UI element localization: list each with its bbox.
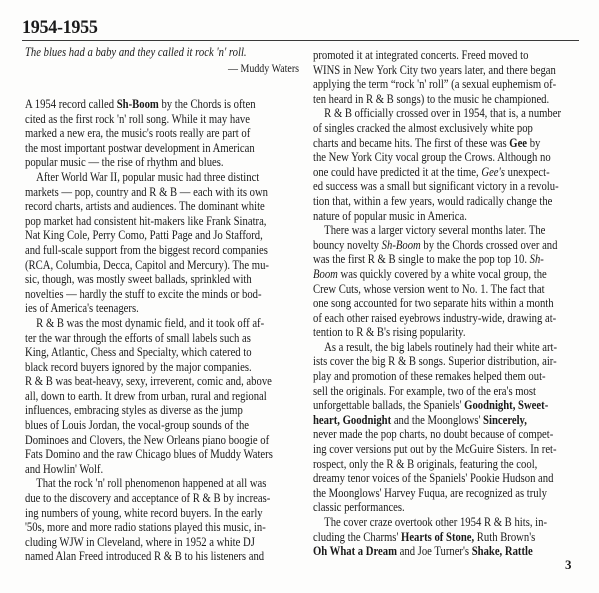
text-segment: influences, embracing styles as diverse … xyxy=(25,403,243,417)
text-line: As a result, the big labels routinely ha… xyxy=(313,340,541,355)
text-line: Oh What a Dream and Joe Turner's Shake, … xyxy=(313,544,541,559)
text-segment: and the Moonglows' xyxy=(391,413,483,427)
song-title: Hearts of Stone, xyxy=(401,530,474,544)
text-segment: tion that, within a few years, would rad… xyxy=(313,194,552,208)
text-segment: charts and became hits. The first of the… xyxy=(313,136,509,150)
text-segment: marked a new era, the music's roots real… xyxy=(25,126,250,140)
text-segment: popular music — the rise of rhythm and b… xyxy=(25,155,224,169)
page-number: 3 xyxy=(565,557,572,573)
text-line: play and promotion of these remakes help… xyxy=(313,369,541,384)
text-line: blues of Louis Jordan, the vocal-group s… xyxy=(25,418,249,433)
text-segment: A 1954 record called xyxy=(25,97,117,111)
text-line: There was a larger victory several month… xyxy=(313,223,541,238)
text-segment: King, Atlantic, Chess and Specialty, whi… xyxy=(25,345,252,359)
text-line: sell the originals. For example, two of … xyxy=(313,384,541,399)
text-line: dreamy tenor voices of the Spaniels' Poo… xyxy=(313,471,541,486)
chapter-title: 1954-1955 xyxy=(22,17,98,39)
text-line: ten heard in R & B songs) to the music h… xyxy=(313,92,541,107)
text-segment: unexpect- xyxy=(505,165,550,179)
text-segment: and Joe Turner's xyxy=(397,544,472,558)
text-line: of each other raised eyebrows industry-w… xyxy=(313,311,541,326)
text-segment: (RCA, Columbia, Decca, Capitol and Mercu… xyxy=(25,258,269,272)
text-segment: Crew Cuts, whose version went to No. 1. … xyxy=(313,282,545,296)
text-segment: Nat King Cole, Perry Como, Patti Page an… xyxy=(25,228,263,242)
text-segment: the Moonglows' Harvey Fuqua, are recogni… xyxy=(313,486,547,500)
text-line: That the rock 'n' roll phenomenon happen… xyxy=(25,476,249,491)
text-segment: That the rock 'n' roll phenomenon happen… xyxy=(36,476,266,490)
header-rule xyxy=(22,40,579,41)
text-line: charts and became hits. The first of the… xyxy=(313,136,541,151)
text-segment: never made the pop charts, no doubt beca… xyxy=(313,427,553,441)
book-page: 1954-1955 The blues had a baby and they … xyxy=(0,0,599,593)
column-text: promoted it at integrated concerts. Free… xyxy=(313,48,541,559)
text-line: all, down to earth. It drew from urban, … xyxy=(25,389,249,404)
text-segment: rospect, only the R & B originals, featu… xyxy=(313,457,537,471)
text-segment: Fats Domino and the raw Chicago blues of… xyxy=(25,447,273,461)
text-segment: cited as the first rock 'n' roll song. W… xyxy=(25,112,250,126)
text-segment: sell the originals. For example, two of … xyxy=(313,384,536,398)
text-segment: of each other raised eyebrows industry-w… xyxy=(313,311,556,325)
text-line: R & B was beat-heavy, sexy, irreverent, … xyxy=(25,374,249,389)
text-line: ing numbers of young, white record buyer… xyxy=(25,506,249,521)
song-title: Oh What a Dream xyxy=(313,544,397,558)
text-segment: Ruth Brown's xyxy=(474,530,535,544)
text-segment: applying the term “rock 'n' roll” (a sex… xyxy=(313,77,556,91)
epigraph-attribution: — Muddy Waters xyxy=(228,61,299,76)
text-segment: R & B was beat-heavy, sexy, irreverent, … xyxy=(25,374,272,388)
text-segment: by xyxy=(527,136,540,150)
text-segment: novelties — hardly the stuff to excite t… xyxy=(25,287,262,301)
left-column: A 1954 record called Sh-Boom by the Chor… xyxy=(25,97,285,564)
text-segment: bouncy novelty xyxy=(313,238,382,252)
text-segment: WINS in New York City two years later, a… xyxy=(313,63,556,77)
text-segment: was quickly covered by a white vocal gro… xyxy=(338,267,547,281)
text-segment: unforgettable ballads, the Spaniels' xyxy=(313,398,464,412)
text-line: sic, though, was mostly sweet ballads, s… xyxy=(25,272,249,287)
text-segment: was the first R & B single to make the p… xyxy=(313,252,530,266)
text-line: WINS in New York City two years later, a… xyxy=(313,63,541,78)
text-segment: ing numbers of young, white record buyer… xyxy=(25,506,263,520)
text-segment: promoted it at integrated concerts. Free… xyxy=(313,48,528,62)
text-segment: ing cover versions put out by the McGuir… xyxy=(313,442,557,456)
text-segment: of singles cracked the almost exclusivel… xyxy=(313,121,533,135)
text-segment: one song accounted for two separate hits… xyxy=(313,296,554,310)
song-title: Sincerely, xyxy=(483,413,527,427)
text-segment: and full-scale support from the biggest … xyxy=(25,243,268,257)
text-line: the New York City vocal group the Crows.… xyxy=(313,150,541,165)
text-line: tion that, within a few years, would rad… xyxy=(313,194,541,209)
text-line: one could have predicted it at the time,… xyxy=(313,165,541,180)
text-segment: black record buyers ignored by the major… xyxy=(25,360,252,374)
text-line: the most important postwar development i… xyxy=(25,141,249,156)
song-title: heart, Goodnight xyxy=(313,413,391,427)
text-line: record charts, artists and audiences. Th… xyxy=(25,199,249,214)
text-line: never made the pop charts, no doubt beca… xyxy=(313,427,541,442)
text-segment: As a result, the big labels routinely ha… xyxy=(324,340,557,354)
text-line: ists cover the big R & B songs. Superior… xyxy=(313,354,541,369)
text-segment: ed success was a small but significant v… xyxy=(313,179,559,193)
italic-text: Sh-Boom xyxy=(382,238,421,252)
text-line: popular music — the rise of rhythm and b… xyxy=(25,155,249,170)
text-line: ter the war through the efforts of small… xyxy=(25,331,249,346)
text-line: rospect, only the R & B originals, featu… xyxy=(313,457,541,472)
text-segment: the New York City vocal group the Crows.… xyxy=(313,150,551,164)
text-line: Crew Cuts, whose version went to No. 1. … xyxy=(313,282,541,297)
text-line: was the first R & B single to make the p… xyxy=(313,252,541,267)
text-line: cluding the Charms' Hearts of Stone, Rut… xyxy=(313,530,541,545)
text-segment: blues of Louis Jordan, the vocal-group s… xyxy=(25,418,249,432)
text-line: due to the discovery and acceptance of R… xyxy=(25,491,249,506)
text-line: novelties — hardly the stuff to excite t… xyxy=(25,287,249,302)
song-title: Goodnight, Sweet- xyxy=(464,398,548,412)
text-segment: ists cover the big R & B songs. Superior… xyxy=(313,354,557,368)
text-segment: There was a larger victory several month… xyxy=(324,223,545,237)
text-segment: record charts, artists and audiences. Th… xyxy=(25,199,265,213)
text-line: Boom was quickly covered by a white voca… xyxy=(313,267,541,282)
text-line: ing cover versions put out by the McGuir… xyxy=(313,442,541,457)
text-segment: by the Chords is often xyxy=(159,97,256,111)
song-title: Shake, Rattle xyxy=(472,544,533,558)
text-line: markets — pop, country and R & B — each … xyxy=(25,185,249,200)
text-segment: named Alan Freed introduced R & B to his… xyxy=(25,549,264,563)
text-line: '50s, more and more radio stations playe… xyxy=(25,520,249,535)
text-segment: cluding WJW in Cleveland, where in 1952 … xyxy=(25,535,255,549)
text-line: ed success was a small but significant v… xyxy=(313,179,541,194)
text-line: ies of America's teenagers. xyxy=(25,301,249,316)
text-segment: dreamy tenor voices of the Spaniels' Poo… xyxy=(313,471,553,485)
italic-text: Sh- xyxy=(530,252,544,266)
column-text: A 1954 record called Sh-Boom by the Chor… xyxy=(25,97,249,564)
text-line: applying the term “rock 'n' roll” (a sex… xyxy=(313,77,541,92)
italic-text: Gee's xyxy=(481,165,505,179)
text-segment: due to the discovery and acceptance of R… xyxy=(25,491,270,505)
text-segment: cluding the Charms' xyxy=(313,530,401,544)
text-line: classic performances. xyxy=(313,500,541,515)
text-segment: Dominoes and Clovers, the New Orleans pi… xyxy=(25,433,269,447)
text-segment: the most important postwar development i… xyxy=(25,141,255,155)
text-line: bouncy novelty Sh-Boom by the Chords cro… xyxy=(313,238,541,253)
song-title: Sh-Boom xyxy=(117,97,159,111)
text-line: marked a new era, the music's roots real… xyxy=(25,126,249,141)
text-segment: ten heard in R & B songs) to the music h… xyxy=(313,92,549,106)
text-segment: ter the war through the efforts of small… xyxy=(25,331,251,345)
text-line: Fats Domino and the raw Chicago blues of… xyxy=(25,447,249,462)
text-segment: R & B officially crossed over in 1954, t… xyxy=(324,106,561,120)
text-line: nature of popular music in America. xyxy=(313,209,541,224)
text-line: heart, Goodnight and the Moonglows' Sinc… xyxy=(313,413,541,428)
right-column: promoted it at integrated concerts. Free… xyxy=(313,48,578,559)
text-line: tention to R & B's rising popularity. xyxy=(313,325,541,340)
text-line: Nat King Cole, Perry Como, Patti Page an… xyxy=(25,228,249,243)
text-segment: R & B was the most dynamic field, and it… xyxy=(36,316,264,330)
text-line: (RCA, Columbia, Decca, Capitol and Mercu… xyxy=(25,258,249,273)
text-line: A 1954 record called Sh-Boom by the Chor… xyxy=(25,97,249,112)
text-segment: all, down to earth. It drew from urban, … xyxy=(25,389,267,403)
text-line: The cover craze overtook other 1954 R & … xyxy=(313,515,541,530)
text-line: cluding WJW in Cleveland, where in 1952 … xyxy=(25,535,249,550)
text-segment: After World War II, popular music had th… xyxy=(36,170,259,184)
song-title: Gee xyxy=(509,136,527,150)
text-segment: pop market had consistent hit-makers lik… xyxy=(25,214,266,228)
text-line: R & B was the most dynamic field, and it… xyxy=(25,316,249,331)
epigraph: The blues had a baby and they called it … xyxy=(25,45,283,60)
text-line: unforgettable ballads, the Spaniels' Goo… xyxy=(313,398,541,413)
text-line: of singles cracked the almost exclusivel… xyxy=(313,121,541,136)
text-line: black record buyers ignored by the major… xyxy=(25,360,249,375)
text-segment: play and promotion of these remakes help… xyxy=(313,369,546,383)
text-line: influences, embracing styles as diverse … xyxy=(25,403,249,418)
text-line: Dominoes and Clovers, the New Orleans pi… xyxy=(25,433,249,448)
text-line: and full-scale support from the biggest … xyxy=(25,243,249,258)
text-line: named Alan Freed introduced R & B to his… xyxy=(25,549,249,564)
text-line: promoted it at integrated concerts. Free… xyxy=(313,48,541,63)
text-segment: ies of America's teenagers. xyxy=(25,301,139,315)
text-segment: markets — pop, country and R & B — each … xyxy=(25,185,268,199)
text-line: pop market had consistent hit-makers lik… xyxy=(25,214,249,229)
text-line: After World War II, popular music had th… xyxy=(25,170,249,185)
text-segment: one could have predicted it at the time, xyxy=(313,165,481,179)
text-line: one song accounted for two separate hits… xyxy=(313,296,541,311)
text-segment: nature of popular music in America. xyxy=(313,209,467,223)
text-segment: '50s, more and more radio stations playe… xyxy=(25,520,266,534)
text-segment: by the Chords crossed over and xyxy=(421,238,558,252)
text-line: and Howlin' Wolf. xyxy=(25,462,249,477)
text-segment: and Howlin' Wolf. xyxy=(25,462,103,476)
italic-text: Boom xyxy=(313,267,338,281)
text-line: King, Atlantic, Chess and Specialty, whi… xyxy=(25,345,249,360)
epigraph-quote: The blues had a baby and they called it … xyxy=(25,45,247,60)
text-line: the Moonglows' Harvey Fuqua, are recogni… xyxy=(313,486,541,501)
text-line: R & B officially crossed over in 1954, t… xyxy=(313,106,541,121)
text-segment: classic performances. xyxy=(313,500,405,514)
text-segment: tention to R & B's rising popularity. xyxy=(313,325,465,339)
text-segment: The cover craze overtook other 1954 R & … xyxy=(324,515,547,529)
text-segment: sic, though, was mostly sweet ballads, s… xyxy=(25,272,252,286)
text-line: cited as the first rock 'n' roll song. W… xyxy=(25,112,249,127)
